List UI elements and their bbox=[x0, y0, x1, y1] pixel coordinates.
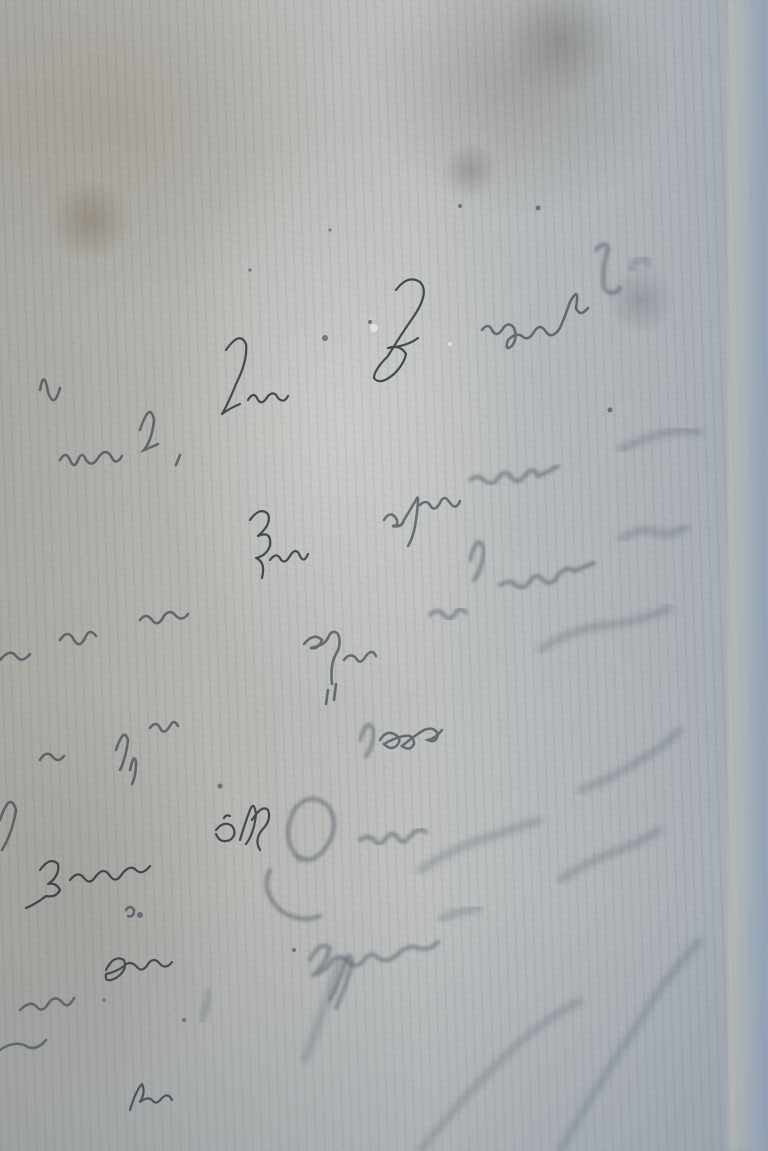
wall-edge bbox=[728, 0, 768, 1151]
script-line-4 bbox=[0, 526, 686, 660]
script-word-top-right bbox=[482, 244, 650, 348]
bottom-shading bbox=[0, 891, 768, 1151]
script-letter-z bbox=[374, 279, 424, 381]
script-line-6 bbox=[40, 722, 442, 784]
wall-photograph: Faded handwritten script on a weathered … bbox=[0, 0, 768, 1151]
script-line-1 bbox=[40, 338, 288, 465]
script-line-3 bbox=[250, 430, 700, 578]
script-line-5 bbox=[304, 608, 670, 704]
